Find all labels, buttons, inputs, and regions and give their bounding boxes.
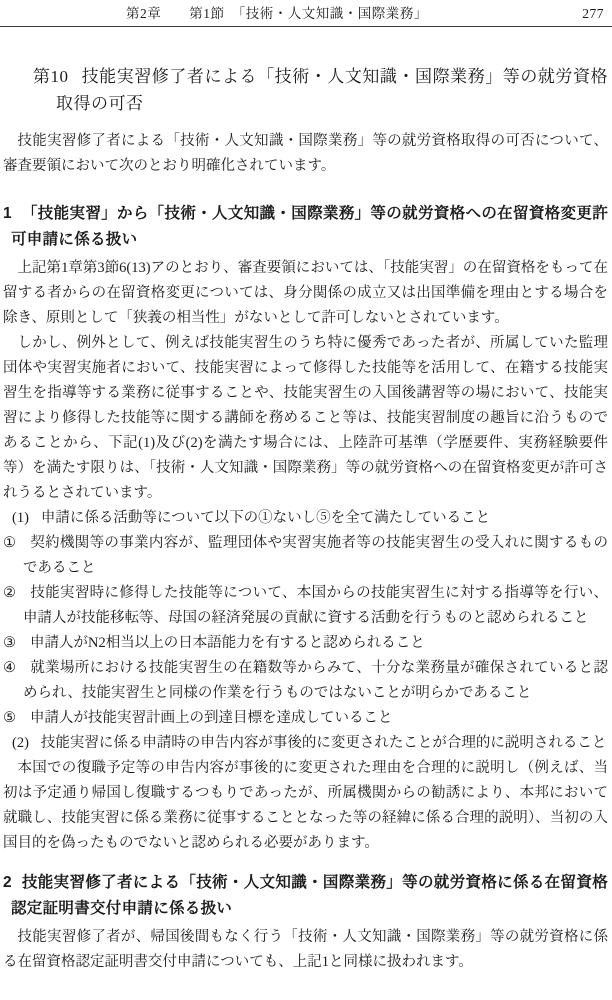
section-2-paragraph-1: 技能実習修了者が、帰国後間もなく行う「技術・人文知識・国際業務」等の就労資格に係… — [3, 925, 608, 975]
sub-item-4-text: 就業場所における技能実習生の在籍数等からみて、十分な業務量が確保されていると認め… — [23, 660, 608, 701]
sub-item-1: ①契約機関等の事業内容が、監理団体や実習実施者等の技能実習生の受入れに関するもの… — [3, 531, 608, 581]
article-title-number: 第10 — [33, 67, 69, 86]
section-1-heading-text: 「技能実習」から「技術・人文知識・国際業務」等の就労資格への在留資格変更許可申請… — [11, 205, 608, 248]
sub-item-4-marker: ④ — [3, 660, 16, 676]
list-item-2-marker: (2) — [12, 735, 29, 751]
list-item-2: (2)技能実習に係る申請時の申告内容が事後的に変更されたことが合理的に説明される… — [3, 731, 608, 756]
sub-item-2: ②技能実習時に修得した技能等について、本国からの技能実習生に対する指導等を行い、… — [3, 581, 608, 631]
sub-item-3-marker: ③ — [3, 635, 16, 651]
section-1-paragraph-1: 上記第1章第3節6(13)アのとおり、審査要領においては、「技能実習」の在留資格… — [3, 256, 608, 331]
section-1-heading: 1「技能実習」から「技術・人文知識・国際業務」等の就労資格への在留資格変更許可申… — [3, 201, 608, 253]
header-divider — [0, 26, 612, 27]
page-header: 第2章 第1節 「技術・人文知識・国際業務」 277 — [0, 0, 612, 23]
sub-item-2-marker: ② — [3, 585, 16, 601]
section-1-number: 1 — [3, 205, 12, 222]
sub-item-3: ③申請人がN2相当以上の日本語能力を有すると認められること — [3, 631, 608, 656]
section-1-paragraph-2: しかし、例外として、例えば技能実習生のうち特に優秀であった者が、所属していた監理… — [3, 331, 608, 506]
running-head: 第2章 第1節 「技術・人文知識・国際業務」 — [126, 4, 428, 23]
section-1-paragraph-3: 本国での復職予定等の申告内容が事後的に変更された理由を合理的に説明し（例えば、当… — [3, 756, 608, 856]
intro-paragraph: 技能実習修了者による「技術・人文知識・国際業務」等の就労資格取得の可否について、… — [3, 129, 608, 179]
list-item-1: (1)申請に係る活動等について以下の①ないし⑤を全て満たしていること — [3, 506, 608, 531]
article-title-text: 技能実習修了者による「技術・人文知識・国際業務」等の就労資格取得の可否 — [56, 67, 608, 113]
sub-item-5-text: 申請人が技能実習計画上の到達目標を達成していること — [30, 710, 393, 726]
sub-item-3-text: 申請人がN2相当以上の日本語能力を有すると認められること — [30, 635, 425, 651]
list-item-1-marker: (1) — [12, 510, 29, 526]
sub-item-1-marker: ① — [3, 535, 16, 551]
sub-item-2-text: 技能実習時に修得した技能等について、本国からの技能実習生に対する指導等を行い、申… — [23, 585, 608, 626]
sub-item-5: ⑤申請人が技能実習計画上の到達目標を達成していること — [3, 706, 608, 731]
sub-item-4: ④就業場所における技能実習生の在籍数等からみて、十分な業務量が確保されていると認… — [3, 656, 608, 706]
book-page: 第2章 第1節 「技術・人文知識・国際業務」 277 第10技能実習修了者による… — [0, 0, 612, 1000]
article-title: 第10技能実習修了者による「技術・人文知識・国際業務」等の就労資格取得の可否 — [3, 63, 608, 117]
sub-item-1-text: 契約機関等の事業内容が、監理団体や実習実施者等の技能実習生の受入れに関するもので… — [23, 535, 608, 576]
section-2-heading-text: 技能実習修了者による「技術・人文知識・国際業務」等の就労資格に係る在留資格認定証… — [11, 874, 608, 917]
list-item-2-text: 技能実習に係る申請時の申告内容が事後的に変更されたことが合理的に説明されること — [41, 735, 607, 751]
section-2-number: 2 — [3, 874, 12, 891]
page-content: 第10技能実習修了者による「技術・人文知識・国際業務」等の就労資格取得の可否 技… — [0, 63, 612, 975]
page-number: 277 — [582, 4, 604, 23]
section-2-heading: 2技能実習修了者による「技術・人文知識・国際業務」等の就労資格に係る在留資格認定… — [3, 870, 608, 922]
list-item-1-text: 申請に係る活動等について以下の①ないし⑤を全て満たしていること — [41, 510, 490, 526]
sub-item-5-marker: ⑤ — [3, 710, 16, 726]
